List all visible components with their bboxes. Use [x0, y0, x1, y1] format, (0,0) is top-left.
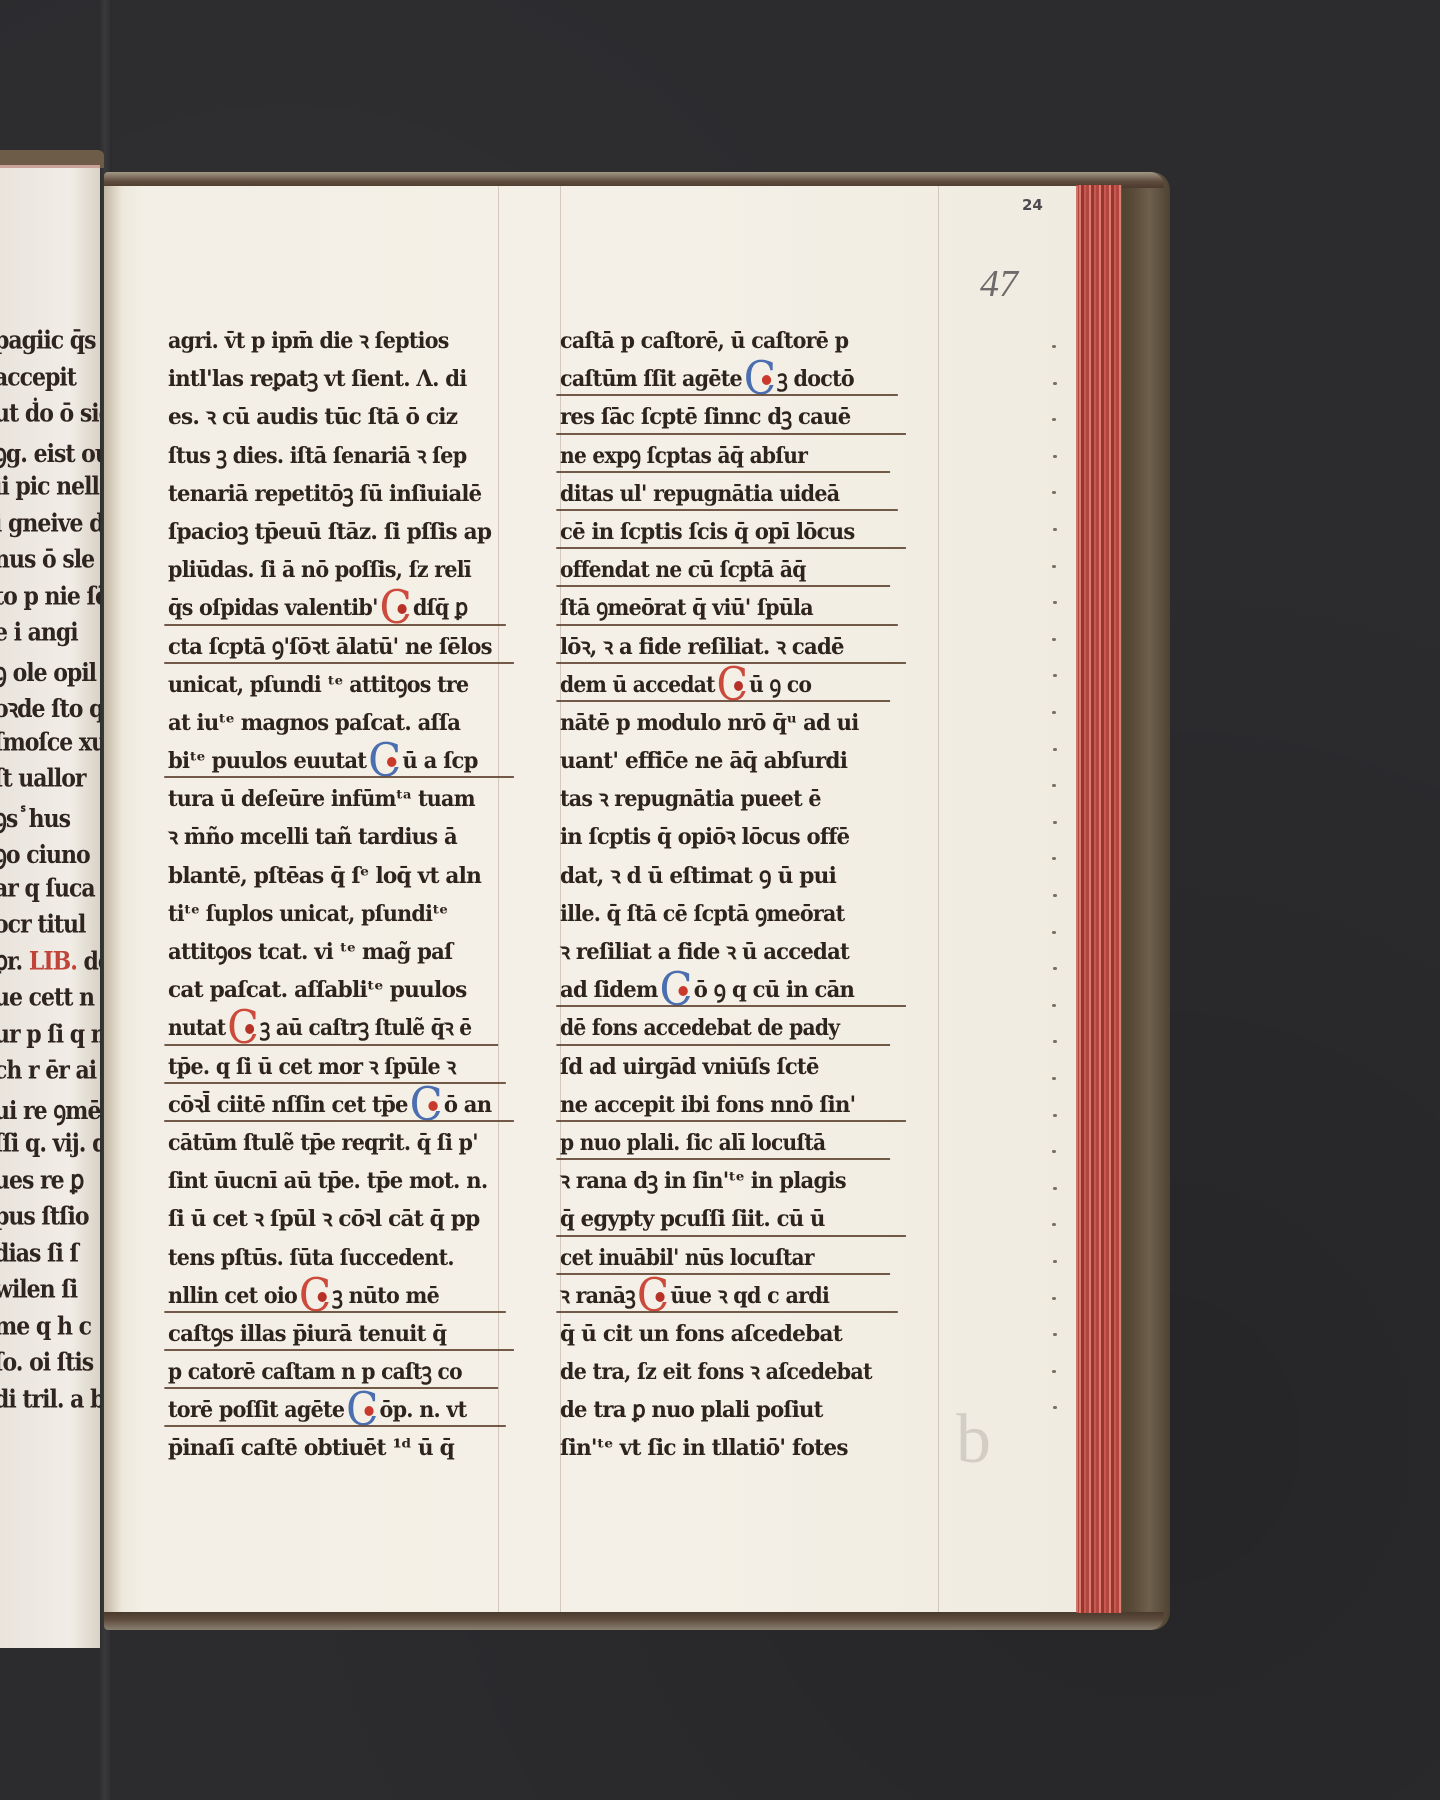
line-text: nutat — [168, 1015, 225, 1041]
pricking-hole — [1052, 931, 1056, 934]
facing-page-line: ur p ſi q m — [0, 1019, 100, 1058]
manuscript-line: ne accepit ibi fons nnō ſin' — [560, 1086, 898, 1124]
manuscript-line: ſd ad uirgād vniūſs ſctē — [560, 1048, 898, 1086]
line-text: ne accepit ibi fons nnō ſin' — [560, 1092, 855, 1118]
line-text: cta ſcptā ꝯ'ſōꝛt ālatū' ne ſēlos — [168, 634, 492, 660]
initial-infill-dot — [364, 1406, 373, 1416]
line-text: ꝛ ranāꝫ — [560, 1283, 635, 1309]
facing-page-line: ſt uallor — [0, 763, 86, 802]
line-text-after-initial: ō an — [444, 1092, 492, 1118]
line-text: caſtā p caſtorē, ū caſtorē p — [560, 328, 848, 354]
line-text: dē fons accedebat de pady — [560, 1015, 839, 1041]
manuscript-line: p nuo plali. ſic alī locuſtā — [560, 1124, 883, 1162]
line-text: unicat, pſundi ᵗᵉ attitꝯos tre — [168, 672, 468, 698]
manuscript-line: ſtā ꝯmeōrat q̄ viū' ſpūla — [560, 589, 890, 627]
manuscript-line: ꝛ ranāꝫCūue ꝛ qd c ardi — [560, 1277, 890, 1315]
text-column-1: agri. v̄t p ipm̄ die ꝛ ſeptiosintl'las r… — [168, 322, 528, 1468]
facing-page-line: dias ſi ſ — [0, 1238, 78, 1277]
facing-page-line: ſmoſce xul — [0, 727, 100, 766]
facing-page-line: to p nie ſē — [0, 581, 100, 620]
line-text: biᵗᵉ puulos euutat — [168, 748, 366, 774]
manuscript-line: attitꝯos tcat. vi ᵗᵉ mag̃ paſ — [168, 933, 506, 971]
line-text: tens pſtūs. ſūta ſuccedent. — [168, 1245, 454, 1271]
line-text: cē in ſcptis ſcis q̄ opī lōcus — [560, 519, 855, 545]
manuscript-line: ſi ū cet ꝛ ſpūl ꝛ cōꝛl cāt q̄ pp — [168, 1200, 514, 1238]
manuscript-line: ꝛ reſiliat a fide ꝛ ū accedat — [560, 933, 898, 971]
manuscript-line: caſtā p caſtorē, ū caſtorē p — [560, 322, 890, 360]
pricking-hole — [1052, 565, 1056, 568]
pricking-hole — [1052, 1370, 1056, 1373]
facing-page-line: wilen ſi — [0, 1274, 77, 1313]
line-text: tenariā repetitōꝫ ſū inſiuialē — [168, 481, 481, 507]
manuscript-line: q̄s oſpidas valentib'Cdſq̄ ꝑ — [168, 589, 498, 627]
manuscript-line: ſtus ꝫ dies. iſtā ſenariā ꝛ ſep — [168, 437, 498, 475]
line-text-after-initial: ꝫ aū caſtrꝫ ſtulẽ q̄ꝛ ē — [260, 1015, 471, 1041]
manuscript-line: cta ſcptā ꝯ'ſōꝛt ālatū' ne ſēlos — [168, 628, 506, 666]
line-text: q̄ ū cit un fons aſcedebat — [560, 1321, 842, 1347]
line-text: ille. q̄ ſtā cē ſcptā ꝯmeōrat — [560, 901, 844, 927]
initial-infill-dot — [678, 986, 687, 996]
red-initial: C — [227, 1008, 258, 1046]
facing-page-line: oꝛde ſto q — [0, 690, 100, 729]
line-text-after-initial: ū ꝯ co — [749, 672, 811, 698]
manuscript-line: nātē p modulo nrō q̄ᵘ ad ui — [560, 704, 898, 742]
line-text: res ſāc ſcptē ſinnc dꝫ cauē — [560, 404, 850, 430]
manuscript-line: caſtꝯs illas p̄iurā tenuit q̄ — [168, 1315, 506, 1353]
facing-page-line: ſſi q. vij. de — [0, 1128, 100, 1167]
manuscript-line: biᵗᵉ puulos euutatCū a ſcp — [168, 742, 506, 780]
pricking-hole — [1052, 711, 1056, 714]
blue-initial: C — [346, 1390, 378, 1428]
pricking-hole — [1053, 748, 1057, 751]
pricking-hole — [1053, 1114, 1057, 1117]
manuscript-line: cē in ſcptis ſcis q̄ opī lōcus — [560, 513, 898, 551]
line-text: in ſcptis q̄ opiōꝛ lōcus offē — [560, 824, 849, 850]
facing-page-line: ii pic nell — [0, 471, 99, 510]
red-initial: C — [299, 1276, 331, 1314]
line-text-after-initial: ōp. n. vt — [380, 1397, 467, 1423]
pricking-hole — [1052, 1077, 1056, 1080]
manuscript-line: ſint ūucnī aū tp̄e. tp̄e mot. n. — [168, 1162, 506, 1200]
line-text: nllin cet oio — [168, 1283, 297, 1309]
folio-number-small: 24 — [1022, 196, 1043, 214]
manuscript-line: cat paſcat. aſſabliᵗᵉ puulos — [168, 971, 514, 1009]
manuscript-line: at iuᵗᵉ magnos paſcat. aſſa — [168, 704, 506, 742]
manuscript-line: offendat ne cū ſcptā āq̄ — [560, 551, 883, 589]
line-text: dem ū accedat — [560, 672, 715, 698]
line-text: intl'las reꝑatꝫ vt ſient. Λ. di — [168, 366, 467, 392]
line-text: ſtus ꝫ dies. iſtā ſenariā ꝛ ſep — [168, 443, 466, 469]
pricking-hole — [1052, 1297, 1056, 1300]
line-text: ſd ad uirgād vniūſs ſctē — [560, 1054, 819, 1080]
gutter-shadow — [104, 186, 122, 1612]
manuscript-line: q̄ egypty pcuſſi ſiit. cū ū — [560, 1200, 898, 1238]
line-text: p catorē caſtam n p caſtꝫ co — [168, 1359, 462, 1385]
manuscript-line: in ſcptis q̄ opiōꝛ lōcus offē — [560, 818, 898, 856]
pricking-hole — [1053, 1187, 1057, 1190]
manuscript-line: ſin'ᵗᵉ vt ſic in tllatiō' fotes — [560, 1429, 906, 1467]
manuscript-line: ditas ul' repugnātia uideā — [560, 475, 890, 513]
facing-page-line: ꝯ ole opil — [0, 654, 96, 693]
line-text: lōꝛ, ꝛ a fide reſiliat. ꝛ cadē — [560, 634, 844, 660]
manuscript-line: tenariā repetitōꝫ ſū inſiuialē — [168, 475, 506, 513]
line-text: ſi ū cet ꝛ ſpūl ꝛ cōꝛl cāt q̄ pp — [168, 1206, 479, 1232]
initial-infill-dot — [317, 1292, 326, 1302]
facing-page-line: ocr titul — [0, 909, 85, 948]
red-initial: C — [380, 588, 412, 626]
manuscript-line: pliūdas. ſi ā nō poſſis, ſz relī — [168, 551, 498, 589]
line-text-after-initial: ū a ſcp — [402, 748, 477, 774]
binding-bottom-cover — [104, 1612, 1164, 1630]
facing-page-line: ues re ꝑ — [0, 1165, 83, 1204]
manuscript-line: ꝛ m̄ño mcelli tañ tardius ā — [168, 818, 506, 856]
line-text: p nuo plali. ſic alī locuſtā — [560, 1130, 825, 1156]
facing-page-line: ue cett n — [0, 982, 94, 1021]
pricking-hole — [1053, 894, 1057, 897]
manuscript-line: ille. q̄ ſtā cē ſcptā ꝯmeōrat — [560, 895, 890, 933]
manuscript-line: agri. v̄t p ipm̄ die ꝛ ſeptios — [168, 322, 498, 360]
blue-initial: C — [410, 1085, 442, 1123]
manuscript-line: es. ꝛ cū audis tūc ſtā ō ciz — [168, 398, 514, 436]
manuscript-line: tens pſtūs. ſūta ſuccedent. — [168, 1239, 498, 1277]
manuscript-line: ad ſidemCō ꝯ q cū in cān — [560, 971, 898, 1009]
facing-page-line: ꝯs ᷤ hus — [0, 800, 70, 839]
line-text-after-initial: ꝫ doctō — [777, 366, 854, 392]
facing-page-line: ut ḋo ō sicq — [0, 398, 100, 437]
initial-infill-dot — [428, 1101, 437, 1111]
line-text: ſin'ᵗᵉ vt ſic in tllatiō' fotes — [560, 1435, 848, 1461]
manuscript-line: tura ū deſeūre infūmᵗᵃ tuam — [168, 780, 498, 818]
manuscript-line: de tra, ſz eit fons ꝛ aſcedebat — [560, 1353, 890, 1391]
line-text-after-initial: ūue ꝛ qd c ardi — [670, 1283, 829, 1309]
manuscript-line: nutatCꝫ aū caſtrꝫ ſtulẽ q̄ꝛ ē — [168, 1009, 491, 1047]
line-text: cātūm ſtulẽ tp̄e reqrit. q̄ ſi p' — [168, 1130, 478, 1156]
manuscript-line: uant' effic̄e ne āq̄ abſurdi — [560, 742, 906, 780]
line-text: q̄s oſpidas valentib' — [168, 595, 378, 621]
pricking-hole — [1053, 1260, 1057, 1263]
manuscript-line: tas ꝛ repugnātia pueet ē — [560, 780, 890, 818]
pencil-margin-mark: b — [956, 1400, 991, 1480]
pricking-hole — [1053, 382, 1057, 385]
line-text: ꝛ m̄ño mcelli tañ tardius ā — [168, 824, 457, 850]
blue-initial: C — [368, 741, 400, 779]
manuscript-line: ne expꝯ ſcptas āq̄ abſur — [560, 437, 883, 475]
facing-page-line: nus ō sle — [0, 544, 94, 583]
facing-page-line: pagiic q̄s de — [0, 325, 100, 364]
facing-page-line: e i angi — [0, 617, 78, 656]
manuscript-line: dē fons accedebat de pady — [560, 1009, 883, 1047]
red-initial: C — [717, 665, 748, 703]
manuscript-line: dat, ꝛ d ū eſtimat ꝯ ū pui — [560, 857, 906, 895]
line-text: ſtā ꝯmeōrat q̄ viū' ſpūla — [560, 595, 813, 621]
line-text: pliūdas. ſi ā nō poſſis, ſz relī — [168, 557, 471, 583]
manuscript-line: q̄ ū cit un fons aſcedebat — [560, 1315, 906, 1353]
manuscript-line: res ſāc ſcptē ſinnc dꝫ cauē — [560, 398, 898, 436]
line-text: ſpacioꝫ tp̄euū ſtāz. ſi pſſis ap — [168, 519, 491, 545]
line-text: q̄ egypty pcuſſi ſiit. cū ū — [560, 1206, 825, 1232]
line-text: ſint ūucnī aū tp̄e. tp̄e mot. n. — [168, 1168, 487, 1194]
manuscript-line: p catorē caſtam n p caſtꝫ co — [168, 1353, 491, 1391]
line-text: agri. v̄t p ipm̄ die ꝛ ſeptios — [168, 328, 449, 354]
facing-page-line: ui re ꝯmē — [0, 1092, 100, 1131]
line-text: tura ū deſeūre infūmᵗᵃ tuam — [168, 786, 475, 812]
manuscript-line: blantē, pſtēas q̄ ſᵉ loq̄ vt aln — [168, 857, 514, 895]
facing-page-line: ar q ſuca — [0, 873, 95, 912]
manuscript-line: caſtūm ſſit agēteCꝫ doctō — [560, 360, 890, 398]
line-text: es. ꝛ cū audis tūc ſtā ō ciz — [168, 404, 457, 430]
line-text-after-initial: dſq̄ ꝑ — [413, 595, 467, 621]
line-text: de tra ꝑ nuo plali poſiut — [560, 1397, 823, 1423]
rubric-text: LIB. — [29, 946, 77, 976]
pricking-hole — [1053, 455, 1057, 458]
manuscript-line: nllin cet oioCꝫ nūto mē — [168, 1277, 498, 1315]
line-text: at iuᵗᵉ magnos paſcat. aſſa — [168, 710, 460, 736]
line-text: tas ꝛ repugnātia pueet ē — [560, 786, 821, 812]
line-text: ditas ul' repugnātia uideā — [560, 481, 839, 507]
red-initial: C — [637, 1276, 669, 1314]
manuscript-line: cet inuābil' nūs locuſtar — [560, 1239, 883, 1277]
line-text: ꝛ rana dꝫ in ſin'ᵗᵉ in plagis — [560, 1168, 846, 1194]
manuscript-line: dem ū accedatCū ꝯ co — [560, 666, 883, 704]
pricking-hole — [1052, 638, 1056, 641]
page-edge-red-line — [1076, 186, 1078, 1612]
facing-page-line: ꝯo ciuno — [0, 836, 90, 875]
manuscript-line: tiᵗᵉ ſuplos unicat, pſundiᵗᵉ — [168, 895, 498, 933]
line-text: uant' effic̄e ne āq̄ abſurdi — [560, 748, 847, 774]
line-text: nātē p modulo nrō q̄ᵘ ad ui — [560, 710, 859, 736]
facing-page-line: ſo. oi ſtis — [0, 1347, 93, 1386]
manuscript-line: cōꝛl̄ ciitē nſſin cet tp̄eCō an — [168, 1086, 506, 1124]
facing-page-line: ꝯg. eist ou — [0, 435, 100, 474]
facing-page-line: ch r ēr ai — [0, 1055, 96, 1094]
facing-page-verso: pagiic q̄s deaccepitut ḋo ō sicqꝯg. eist… — [0, 165, 100, 1648]
line-text: p̄inaſī caſtē obtiuēt ¹ᵈ ū q̄ — [168, 1435, 454, 1461]
manuscript-line: de tra ꝑ nuo plali poſiut — [560, 1391, 898, 1429]
line-text: offendat ne cū ſcptā āq̄ — [560, 557, 806, 583]
red-stained-page-edges — [1076, 185, 1122, 1613]
initial-infill-dot — [655, 1292, 664, 1302]
line-text: dat, ꝛ d ū eſtimat ꝯ ū pui — [560, 863, 836, 889]
manuscript-line: tp̄e. q ſi ū cet mor ꝛ ſpūle ꝛ — [168, 1048, 498, 1086]
manuscript-line: unicat, pſundi ᵗᵉ attitꝯos tre — [168, 666, 498, 704]
line-text: ne expꝯ ſcptas āq̄ abſur — [560, 443, 807, 469]
manuscript-line: cātūm ſtulẽ tp̄e reqrit. q̄ ſi p' — [168, 1124, 498, 1162]
line-text: tiᵗᵉ ſuplos unicat, pſundiᵗᵉ — [168, 901, 448, 927]
line-text-after-initial: ō ꝯ q cū in cān — [694, 977, 854, 1003]
line-text: de tra, ſz eit fons ꝛ aſcedebat — [560, 1359, 872, 1385]
text-column-2: caſtā p caſtorē, ū caſtorē pcaſtūm ſſit … — [560, 322, 920, 1468]
line-text: caſtūm ſſit agēte — [560, 366, 742, 392]
line-text-after-initial: ꝫ nūto mē — [332, 1283, 439, 1309]
ruling-line — [938, 186, 939, 1612]
line-text: torē poſſit agēte — [168, 1397, 344, 1423]
facing-page-line: me q h c — [0, 1311, 91, 1350]
blue-initial: C — [659, 970, 691, 1008]
pricking-hole — [1053, 528, 1057, 531]
facing-page-line: ꝑr. LIB. de — [0, 946, 100, 985]
pricking-hole — [1052, 1004, 1056, 1007]
facing-page-line: pus ſtſio — [0, 1201, 89, 1240]
initial-infill-dot — [387, 757, 396, 767]
manuscript-line: torē poſſit agēteCōp. n. vt — [168, 1391, 498, 1429]
line-text: caſtꝯs illas p̄iurā tenuit q̄ — [168, 1321, 446, 1347]
line-text: blantē, pſtēas q̄ ſᵉ loq̄ vt aln — [168, 863, 481, 889]
manuscript-line: ꝛ rana dꝫ in ſin'ᵗᵉ in plagis — [560, 1162, 898, 1200]
line-text: cat paſcat. aſſabliᵗᵉ puulos — [168, 977, 467, 1003]
line-text: cōꝛl̄ ciitē nſſin cet tp̄e — [168, 1092, 408, 1118]
binding-fore-edge-cover — [1118, 172, 1170, 1630]
facing-page-line: i gneive de — [0, 508, 100, 547]
folio-number-large: 47 — [980, 262, 1018, 306]
line-text: ꝛ reſiliat a fide ꝛ ū accedat — [560, 939, 849, 965]
manuscript-line: p̄inaſī caſtē obtiuēt ¹ᵈ ū q̄ — [168, 1429, 514, 1467]
line-text: cet inuābil' nūs locuſtar — [560, 1245, 814, 1271]
blue-initial: C — [744, 359, 776, 397]
line-text: attitꝯos tcat. vi ᵗᵉ mag̃ paſ — [168, 939, 452, 965]
pricking-hole — [1052, 345, 1056, 348]
manuscript-line: intl'las reꝑatꝫ vt ſient. Λ. di — [168, 360, 506, 398]
line-text: ad ſidem — [560, 977, 658, 1003]
facing-page-line: accepit — [0, 362, 76, 401]
manuscript-line: ſpacioꝫ tp̄euū ſtāz. ſi pſſis ap — [168, 513, 514, 551]
pricking-hole — [1053, 821, 1057, 824]
line-text: tp̄e. q ſi ū cet mor ꝛ ſpūle ꝛ — [168, 1054, 455, 1080]
facing-page-line: di tril. a b — [0, 1384, 100, 1423]
